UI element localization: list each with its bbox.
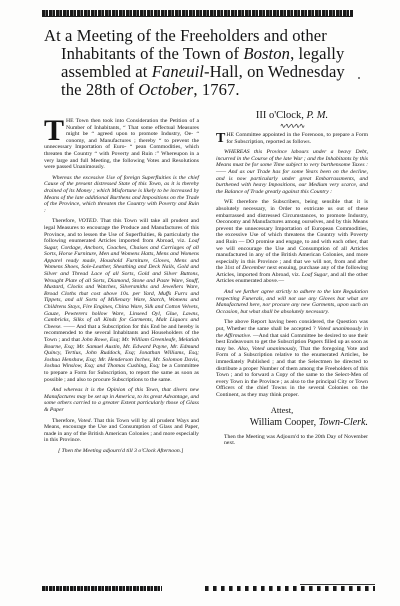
signature-title: Town-Clerk. [319, 417, 368, 428]
month-name: October [138, 80, 193, 99]
articles-list: Loaf Sugar, Cordage, Anchors, Coaches, C… [44, 238, 199, 330]
bottom-ornament-right [205, 586, 375, 591]
report-text: That the foregoing Vote and Form of a Su… [216, 346, 368, 398]
headline-date: , 1767. [193, 80, 239, 99]
top-ornament-border [42, 10, 353, 17]
hall-name: Faneuil [152, 62, 204, 81]
loaf-sugar: Loaf Sugar [302, 272, 328, 278]
voted-word: Voted [78, 418, 91, 424]
signature-name: William Cooper, [250, 417, 319, 428]
voted-word: VOTED [78, 218, 96, 224]
whereas-debt-paragraph: WHEREAS this Province labours under a he… [216, 149, 368, 195]
signature: William Cooper, Town-Clerk. [216, 417, 368, 429]
whereas-manufactures-paragraph: And whereas it is the Opinion of this To… [44, 387, 199, 413]
closing-adjournment: Then the Meeting was Adjourn'd to the 20… [216, 434, 368, 447]
drop-cap: T [216, 133, 225, 144]
afternoon-heading: III o'Clock, P. M. [216, 110, 368, 122]
voted-prefix: Therefore, [52, 418, 78, 424]
voted-glass-paper-paragraph: Therefore, Voted. That this Town will by… [44, 418, 199, 444]
attest-label: Attest, [216, 405, 368, 415]
intro-text: HE Town then took into Consideration the… [44, 118, 199, 170]
adjourn-note: [ Then the Meeting adjourn'd till 3 o'Cl… [44, 448, 199, 455]
time-text: III o'Clock, [256, 110, 307, 121]
town-name: Boston [243, 44, 290, 63]
voted-paragraph: Therefore, VOTED. That this Town will ta… [44, 218, 199, 383]
time-pm: P. M. [306, 110, 328, 121]
broadside-page: At a Meeting of the Freeholders and othe… [0, 0, 400, 606]
swash-ornament: ∿∿∿∿∿ [216, 123, 368, 129]
print-speck [358, 77, 360, 79]
committee-report-text: HE Committee appointed in the Forenoon, … [226, 132, 368, 145]
subscription-text: WE therefore the Subscribers, being sens… [216, 199, 368, 271]
intro-paragraph: THE Town then took into Consideration th… [44, 118, 199, 171]
report-vote-paragraph: The above Report having been considered,… [216, 319, 368, 398]
headline-rest: Inhabitants of the Town of Boston, legal… [44, 45, 364, 99]
left-column: THE Town then took into Consideration th… [44, 118, 199, 459]
bottom-ornament-left [42, 586, 162, 591]
drop-cap: T [44, 119, 64, 143]
funerals-paragraph: And we further agree strictly to adhere … [216, 289, 368, 315]
committee-report-paragraph: THE Committee appointed in the Forenoon,… [216, 132, 368, 145]
headline-line-1: At a Meeting of the Freeholders and othe… [44, 27, 364, 45]
subscription-paragraph: WE therefore the Subscribers, being sens… [216, 199, 368, 285]
headline-text: Inhabitants of the Town of [61, 44, 243, 63]
whereas-paragraph: Whereas the excessive Use of foreign Sup… [44, 175, 199, 215]
december-word: December [242, 265, 265, 271]
voted-prefix: Therefore, [52, 218, 78, 224]
bottom-rule [300, 584, 375, 585]
headline: At a Meeting of the Freeholders and othe… [44, 27, 364, 99]
right-column: III o'Clock, P. M. ∿∿∿∿∿ THE Committee a… [216, 110, 368, 451]
also-voted-unanimously: Also, Voted unanimously, [238, 346, 298, 352]
